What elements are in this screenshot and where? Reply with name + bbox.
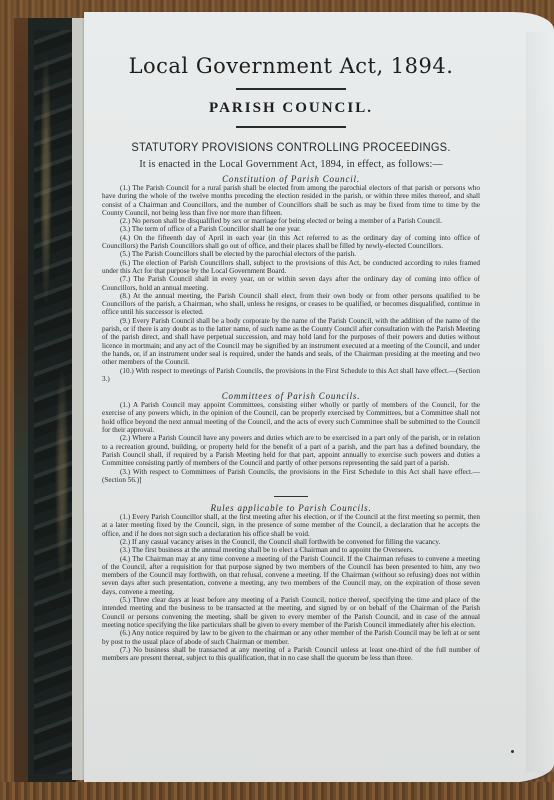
paragraph: (5.) The Parish Councillors shall be ele…: [102, 250, 480, 258]
ink-spot: [511, 750, 514, 753]
paragraph: (2.) Where a Parish Council have any pow…: [102, 434, 480, 467]
section-heading-committees: Committees of Parish Councils.: [102, 391, 480, 401]
paragraph: (9.) Every Parish Council shall be a bod…: [102, 317, 480, 367]
paragraph: (3.) The term of office of a Parish Coun…: [102, 225, 480, 233]
section-heading-constitution: Constitution of Parish Council.: [102, 174, 480, 184]
page-fold: [526, 32, 554, 772]
paragraph: (7.) No business shall be transacted at …: [102, 646, 480, 663]
marbled-cover: [34, 30, 74, 774]
intro-text: It is enacted in the Local Government Ac…: [102, 159, 480, 170]
paragraph: (10.) With respect to meetings of Parish…: [102, 367, 480, 384]
title-rule-top: [236, 88, 346, 90]
paragraph: (1.) The Parish Council for a rural pari…: [102, 184, 480, 217]
act-title: Local Government Act, 1894.: [102, 54, 480, 78]
paragraph: (6.) The election of Parish Councillors …: [102, 259, 480, 276]
paragraph: (3.) The first business at the annual me…: [102, 546, 480, 554]
paragraph: (1.) A Parish Council may appoint Commit…: [102, 401, 480, 434]
paragraph: (3.) With respect to Committees of Paris…: [102, 468, 480, 485]
paragraph: (4.) The Chairman may at any time conven…: [102, 555, 480, 596]
title-rule-bottom: [236, 126, 346, 128]
section-heading-rules: Rules applicable to Parish Councils.: [102, 503, 480, 513]
paragraph: (7.) The Parish Council shall in every y…: [102, 275, 480, 292]
statutory-title: STATUTORY PROVISIONS CONTROLLING PROCEED…: [117, 140, 465, 154]
paragraph: (6.) Any notice required by law to be gi…: [102, 629, 480, 646]
paragraph: (1.) Every Parish Councillor shall, at t…: [102, 513, 480, 538]
section-divider: [274, 496, 308, 497]
paragraph: (4.) On the fifteenth day of April in ea…: [102, 234, 480, 251]
paragraph: (8.) At the annual meeting, the Parish C…: [102, 292, 480, 317]
document-page: Local Government Act, 1894. PARISH COUNC…: [84, 12, 554, 784]
paragraph: (2.) If any casual vacancy arises in the…: [102, 538, 480, 546]
paragraph: (2.) No person shall be disqualified by …: [102, 217, 480, 225]
book-binding: [14, 18, 76, 786]
paragraph: (5.) Three clear days at least before an…: [102, 596, 480, 629]
spine-edge: [14, 18, 28, 786]
wood-surface: [0, 782, 554, 800]
page-content: Local Government Act, 1894. PARISH COUNC…: [102, 42, 480, 662]
council-title: PARISH COUNCIL.: [102, 100, 480, 117]
